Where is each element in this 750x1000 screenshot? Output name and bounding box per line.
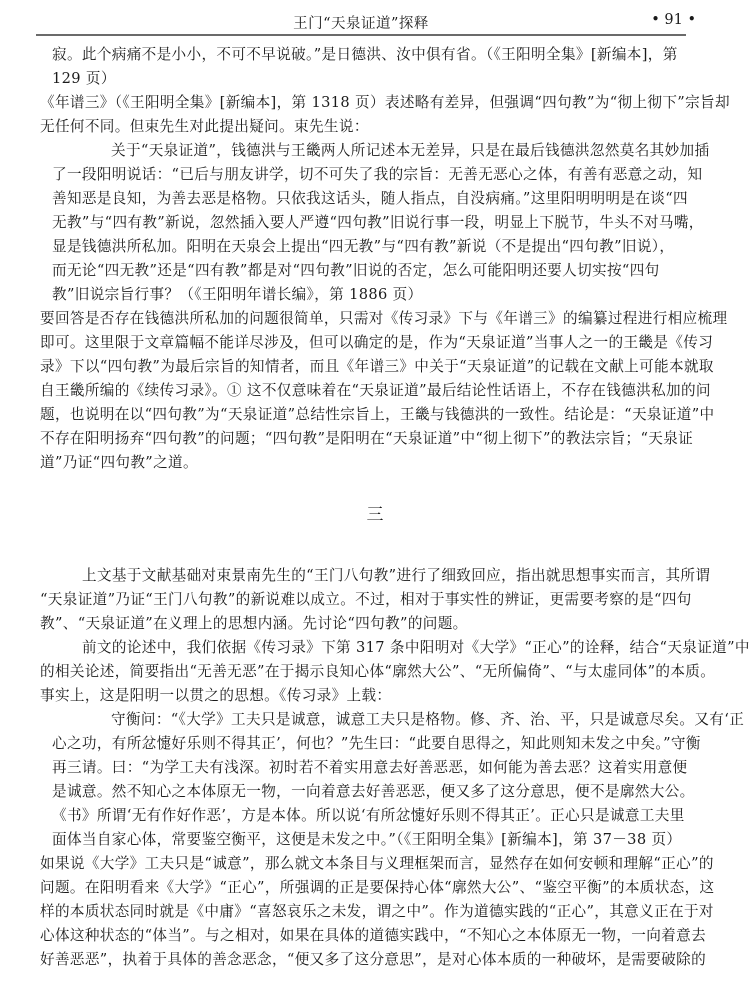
text-line: 无任何不同。但束先生对此提出疑问。束先生说： [40, 115, 369, 139]
block-quote-line: 守衡问：“《大学》工夫只是诚意，诚意工夫只是格物。修、齐、治、平，只是诚意尽矣。… [111, 708, 744, 732]
text-line: 即可。这里限于文章篇幅不能详尽涉及，但可以确定的是，作为“天泉证道”当事人之一的… [40, 331, 713, 355]
text-line: 心体这种状态的“体当”。与之相对，如果在具体的道德实践中，“不知心之本体原无一物… [40, 924, 706, 948]
text-line: 教”、“天泉证道”在义理上的思想内涵。先讨论“四句教”的问题。 [40, 612, 468, 636]
block-quote-line: 而无论“四无教”还是“四有教”都是对“四句教”旧说的否定，怎么可能阳明还要人切实… [52, 259, 660, 283]
text-line: 样的本质状态同时就是《中庸》“喜怒哀乐之未发，谓之中”。作为道德实践的“正心”，… [40, 900, 714, 924]
text-line: 如果说《大学》工夫只是“诚意”，那么就文本条目与义理框架而言，显然存在如何安顿和… [40, 852, 714, 876]
text-line: 寂。此个病痛不是小小，不可不早说破。”是日德洪、汝中俱有省。（《王阳明全集》[新… [52, 43, 678, 67]
page-header: 王门“天泉证道”探释 • 91 • [36, 0, 686, 35]
text-line: 问题。在阳明看来《大学》“正心”，所强调的正是要保持心体“廓然大公”、“鉴空平衡… [40, 876, 715, 900]
page-number: • 91 • [651, 12, 696, 28]
text-line: 不存在阳明扬弃“四句教”的问题；“四句教”是阳明在“天泉证道”中“彻上彻下”的教… [40, 427, 693, 451]
block-quote-line: 再三请。曰：“为学工夫有浅深。初时若不着实用意去好善恶恶，如何能为善去恶？这着实… [52, 756, 687, 780]
text-line: 《年谱三》（《王阳明全集》[新编本]，第 1318 页）表述略有差异，但强调“四… [40, 91, 730, 115]
block-quote-line: 关于“天泉证道”，钱德洪与王畿两人所记述本无差异，只是在最后钱德洪忽然莫名其妙加… [111, 139, 709, 163]
block-quote-line: 教”旧说宗旨行事？（《王阳明年谱长编》，第 1886 页） [52, 283, 423, 307]
text-line: 前文的论述中，我们依据《传习录》下第 317 条中阳明对《大学》“正心”的诠释，… [82, 636, 750, 660]
text-line: “天泉证道”乃证“王门八句教”的新说难以成立。不过，相对于事实性的辨证，更需要考… [40, 588, 692, 612]
text-line: 题，也说明在以“四句教”为“天泉证道”总结性宗旨上，王畿与钱德洪的一致性。结论是… [40, 403, 715, 427]
block-quote-line: 是诚意。然不知心之本体原无一物，一向着意去好善恶恶，便又多了这分意思，便不是廓然… [52, 780, 695, 804]
text-line: 好善恶恶”，执着于具体的善念恶念，“便又多了这分意思”，是对心体本质的一种破坏，… [40, 948, 706, 972]
block-quote-line: 面体当自家心体，常要鉴空衡平，这便是未发之中。”（《王阳明全集》[新编本]，第 … [52, 828, 681, 852]
text-line: 道”乃证“四句教”之道。 [40, 451, 198, 475]
header-rule [36, 34, 686, 36]
text-line: 录》下以“四句教”为最后宗旨的知情者，而且《年谱三》中关于“天泉证道”的记载在文… [40, 355, 714, 379]
running-title: 王门“天泉证道”探释 [36, 12, 686, 33]
block-quote-line: 了一段阳明说话：“已后与朋友讲学，切不可失了我的宗旨：无善无恶心之体，有善有恶意… [52, 163, 702, 187]
text-line: 上文基于文献基础对束景南先生的“王门八句教”进行了细致回应，指出就思想事实而言，… [82, 564, 710, 588]
block-quote-line: 善知恶是良知，为善去恶是格物。只依我这话头，随人指点，自没病痛。”这里阳明明明是… [52, 187, 688, 211]
block-quote-line: 无教”与“四有教”新说，忽然插入要人严遵“四句教”旧说行事一段，明显上下脱节，牛… [52, 211, 704, 235]
block-quote-line: 显是钱德洪所私加。阳明在天泉会上提出“四无教”与“四有教”新说（不是提出“四句教… [52, 235, 674, 259]
text-line: 事实上，这是阳明一以贯之的思想。《传习录》上载： [40, 684, 391, 708]
text-line: 的相关论述，简要指出“无善无恶”在于揭示良知心体“廓然大公”、“无所偏倚”、“与… [40, 660, 715, 684]
block-quote-line: 心之功，有所忿懥好乐则不得其正’，何也？”先生曰：“此要自思得之，知此则知未发之… [52, 732, 701, 756]
block-quote-line: 《书》所谓‘无有作好作恶’，方是本体。所以说‘有所忿懥好乐则不得其正’。正心只是… [52, 804, 685, 828]
text-line: 129 页） [52, 67, 116, 91]
section-heading: 三 [0, 500, 750, 525]
text-line: 自王畿所编的《续传习录》。① 这不仅意味着在“天泉证道”最后结论性话语上，不存在… [40, 379, 711, 403]
text-line: 要回答是否存在钱德洪所私加的问题很简单，只需对《传习录》下与《年谱三》的编纂过程… [40, 307, 727, 331]
